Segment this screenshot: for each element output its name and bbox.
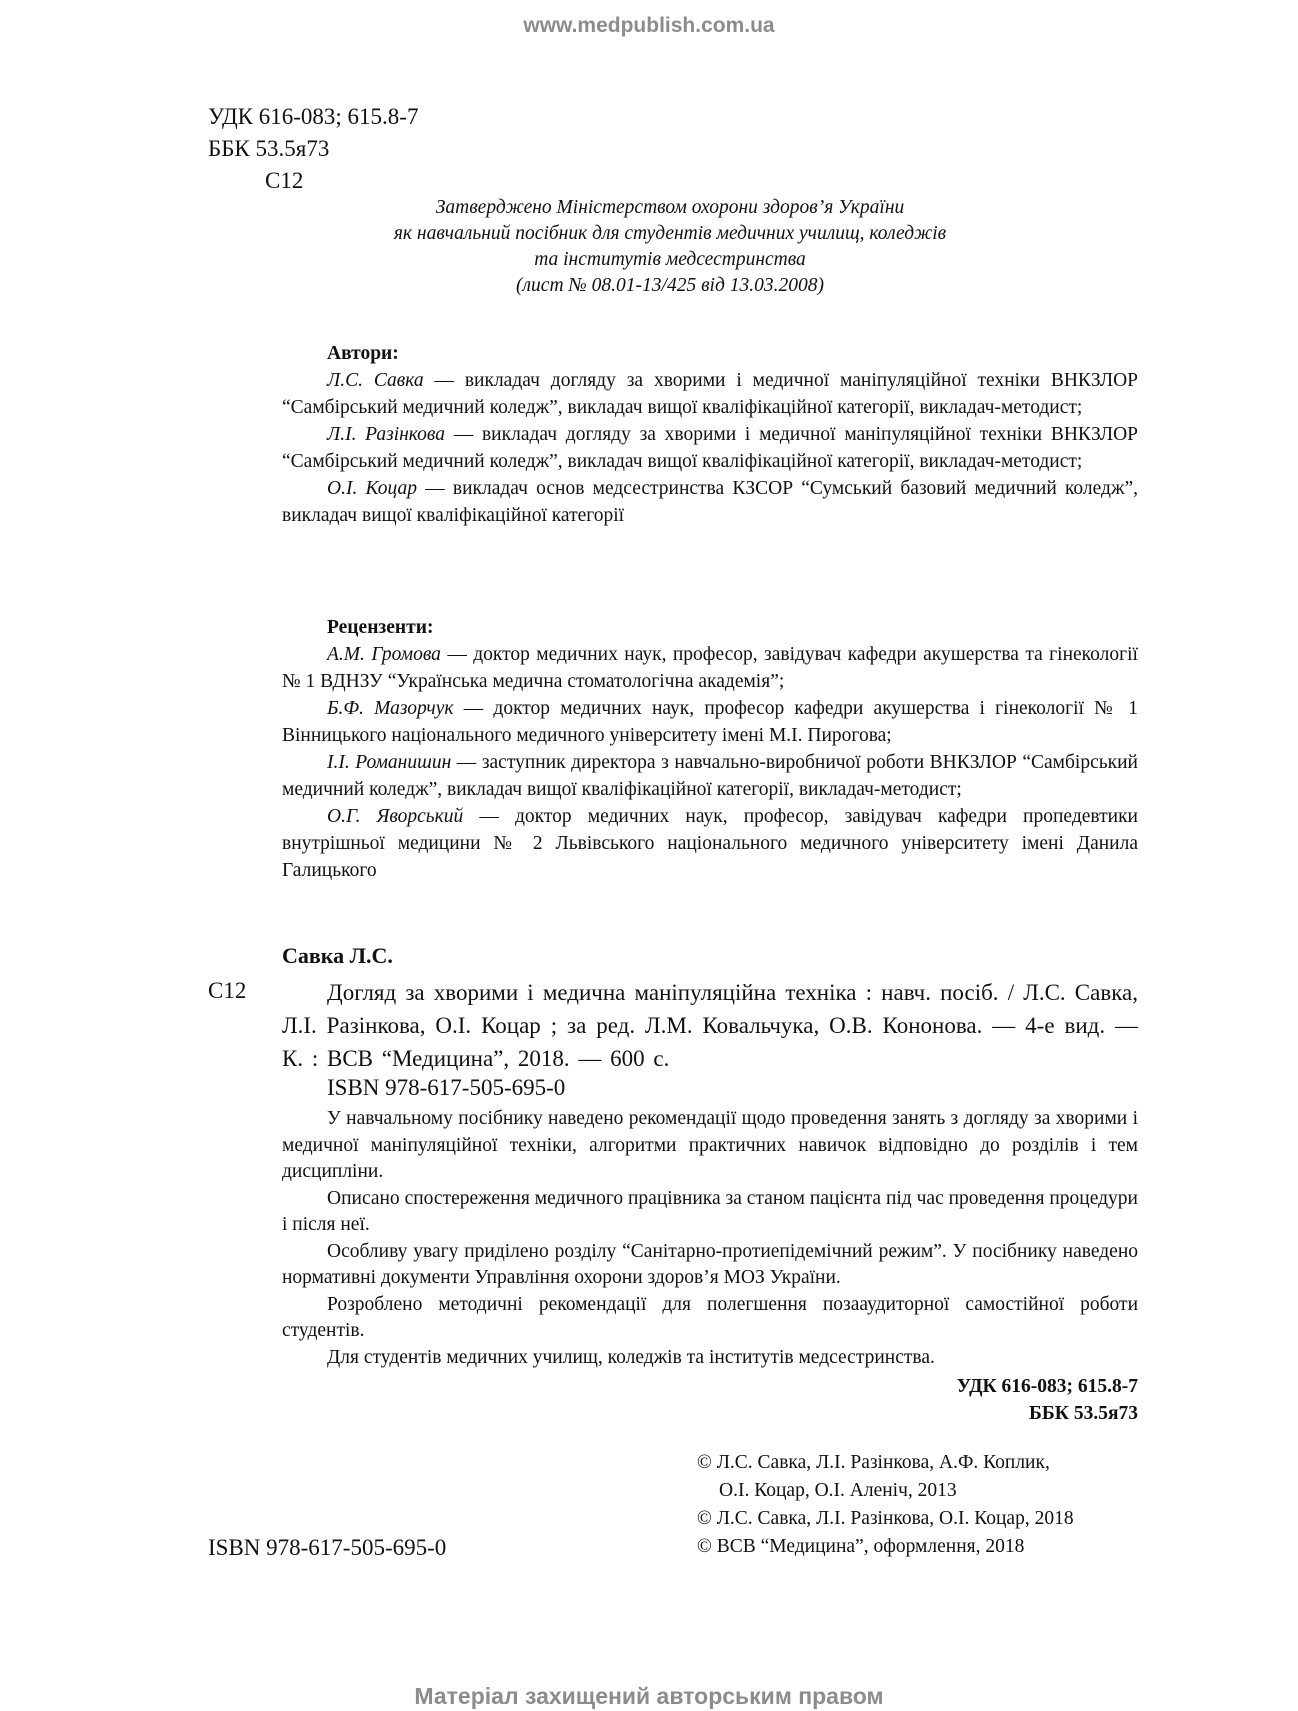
udk-code: УДК 616-083; 615.8-7 xyxy=(208,101,418,133)
approval-line: (лист № 08.01-13/425 від 13.03.2008) xyxy=(300,273,1040,299)
catalog-isbn: ISBN 978-617-505-695-0 xyxy=(327,1075,565,1101)
annotation-paragraph: Розроблено методичні рекомендації для по… xyxy=(282,1292,1138,1345)
ministry-approval: Затверджено Міністерством охорони здоров… xyxy=(300,195,1040,299)
watermark-copyright: Матеріал захищений авторським правом xyxy=(0,1683,1298,1710)
copyright-line: © ВСВ “Медицина”, оформлення, 2018 xyxy=(697,1533,1074,1561)
annotation-paragraph: У навчальному посібнику наведено рекомен… xyxy=(282,1106,1138,1186)
annotation: У навчальному посібнику наведено рекомен… xyxy=(282,1106,1138,1371)
approval-line: як навчальний посібник для студентів мед… xyxy=(300,221,1040,247)
header-classification-codes: УДК 616-083; 615.8-7 ББК 53.5я73 С12 xyxy=(208,101,418,197)
author-mark: С12 xyxy=(208,165,418,197)
author-entry: Л.І. Разінкова — викладач догляду за хво… xyxy=(282,421,1138,475)
bbk-code: ББК 53.5я73 xyxy=(957,1400,1138,1427)
approval-line: Затверджено Міністерством охорони здоров… xyxy=(300,195,1040,221)
reviewer-name: О.Г. Яворський xyxy=(327,806,463,827)
author-name: О.І. Коцар xyxy=(327,478,417,499)
reviewer-name: І.І. Романишин xyxy=(327,752,451,773)
isbn: ISBN 978-617-505-695-0 xyxy=(208,1535,446,1561)
udk-code: УДК 616-083; 615.8-7 xyxy=(957,1373,1138,1400)
watermark-website: www.medpublish.com.ua xyxy=(0,14,1298,38)
copyright-line: © Л.С. Савка, Л.І. Разінкова, О.І. Коцар… xyxy=(697,1505,1074,1533)
author-entry: Л.С. Савка — викладач догляду за хворими… xyxy=(282,367,1138,421)
annotation-paragraph: Особливу увагу приділено розділу “Саніта… xyxy=(282,1239,1138,1292)
bbk-code: ББК 53.5я73 xyxy=(208,133,418,165)
reviewer-name: Б.Ф. Мазорчук xyxy=(327,698,454,719)
reviewers-heading: Рецензенти: xyxy=(282,614,1138,641)
authors-section: Автори: Л.С. Савка — викладач догляду за… xyxy=(282,340,1138,529)
copyright-line: © Л.С. Савка, Л.І. Разінкова, А.Ф. Копли… xyxy=(697,1449,1074,1477)
reviewer-entry: І.І. Романишин — заступник директора з н… xyxy=(282,749,1138,803)
authors-heading: Автори: xyxy=(282,340,1138,367)
footer-classification-codes: УДК 616-083; 615.8-7 ББК 53.5я73 xyxy=(957,1373,1138,1427)
copyright-block: © Л.С. Савка, Л.І. Разінкова, А.Ф. Копли… xyxy=(697,1449,1074,1561)
reviewer-entry: О.Г. Яворський — доктор медичних наук, п… xyxy=(282,803,1138,884)
author-name: Л.С. Савка xyxy=(327,370,424,391)
catalog-author: Савка Л.С. xyxy=(282,943,393,969)
annotation-paragraph: Для студентів медичних училищ, коледжів … xyxy=(282,1345,1138,1372)
reviewer-entry: А.М. Громова — доктор медичних наук, про… xyxy=(282,641,1138,695)
reviewers-section: Рецензенти: А.М. Громова — доктор медичн… xyxy=(282,614,1138,884)
catalog-code: С12 xyxy=(208,978,246,1004)
reviewer-name: А.М. Громова xyxy=(327,644,441,665)
annotation-paragraph: Описано спостереження медичного працівни… xyxy=(282,1186,1138,1239)
approval-line: та інститутів медсестринства xyxy=(300,247,1040,273)
reviewer-entry: Б.Ф. Мазорчук — доктор медичних наук, пр… xyxy=(282,695,1138,749)
copyright-line: О.І. Коцар, О.І. Аленіч, 2013 xyxy=(697,1477,1074,1505)
author-name: Л.І. Разінкова xyxy=(327,424,445,445)
author-entry: О.І. Коцар — викладач основ медсестринст… xyxy=(282,475,1138,529)
catalog-description: Догляд за хворими і медична маніпуляційн… xyxy=(282,976,1138,1075)
